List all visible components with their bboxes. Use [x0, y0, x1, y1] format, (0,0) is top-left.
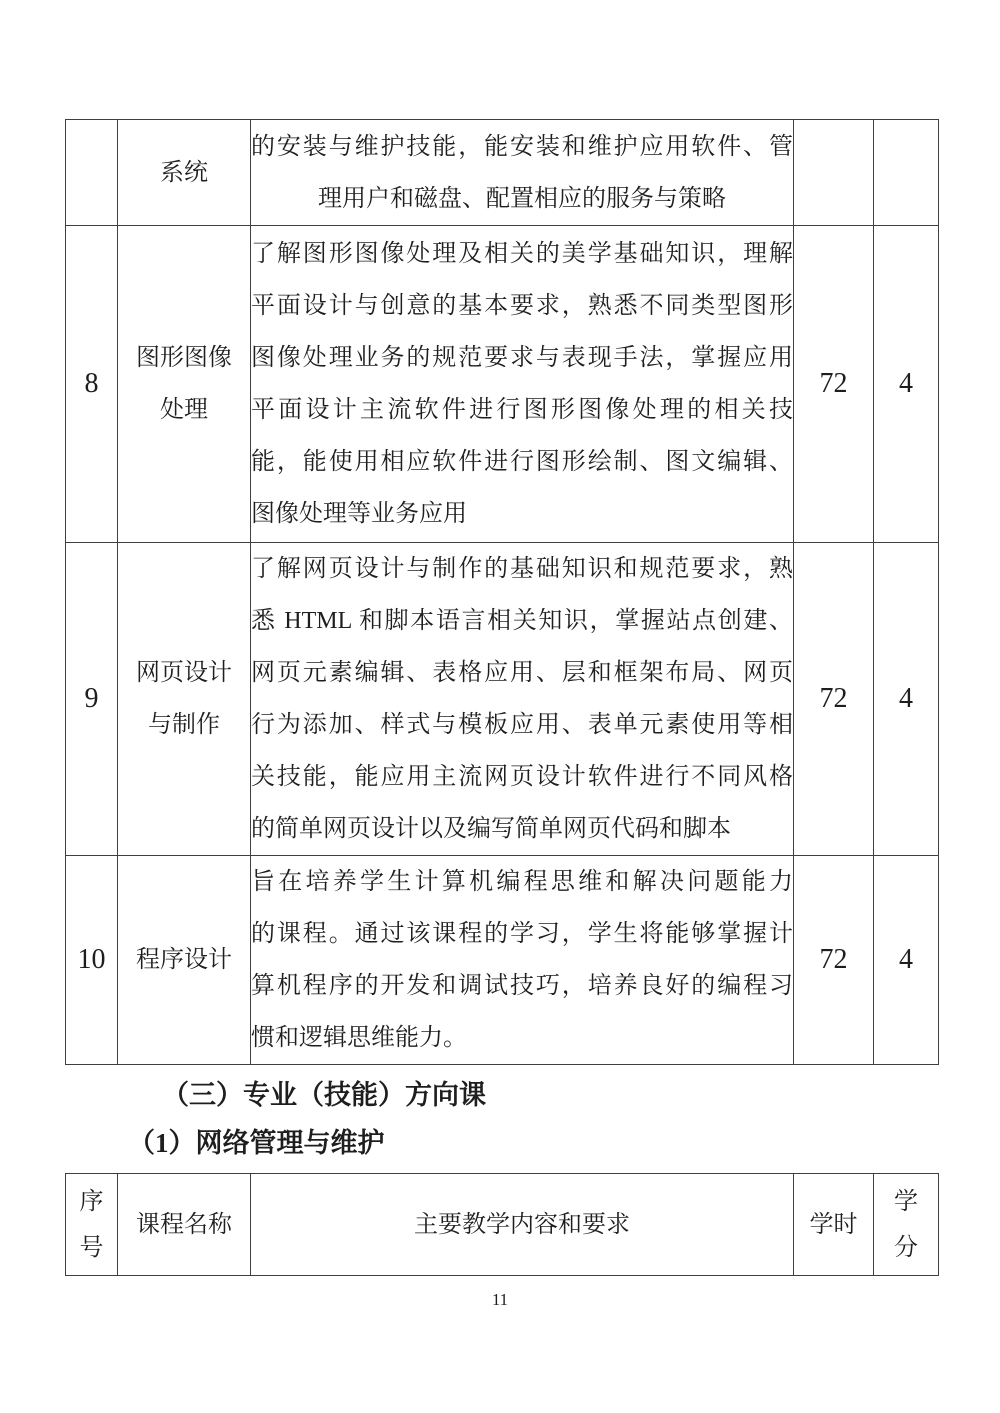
- cell-hours: [794, 120, 874, 226]
- document-page: 系统 的安装与维护技能，能安装和维护应用软件、管 理用户和磁盘、配置相应的服务与…: [0, 0, 1000, 1413]
- content-line: 算机程序的开发和调试技巧，培养良好的编程习: [251, 960, 793, 1012]
- header-no-text: 序: [66, 1179, 117, 1225]
- cell-course-name: 系统: [118, 120, 251, 226]
- content-line: 平面设计与创意的基本要求，熟悉不同类型图形: [251, 280, 793, 332]
- header-hours-text: 学时: [794, 1202, 873, 1248]
- content-line: 的简单网页设计以及编写简单网页代码和脚本: [251, 803, 793, 855]
- course-name-text: 图形图像: [118, 332, 250, 384]
- content-line: 理用户和磁盘、配置相应的服务与策略: [251, 173, 793, 225]
- cell-content: 的安装与维护技能，能安装和维护应用软件、管 理用户和磁盘、配置相应的服务与策略: [251, 120, 794, 226]
- table-row: 8 图形图像 处理 了解图形图像处理及相关的美学基础知识，理解 平面设计与创意的…: [66, 226, 939, 543]
- content-line: 平面设计主流软件进行图形图像处理的相关技: [251, 384, 793, 436]
- cell-course-name: 程序设计: [118, 856, 251, 1065]
- content-line: 网页元素编辑、表格应用、层和框架布局、网页: [251, 647, 793, 699]
- section-heading: （三）专业（技能）方向课: [162, 1078, 486, 1112]
- cell-hours: 72: [794, 226, 874, 543]
- content-line: 的安装与维护技能，能安装和维护应用软件、管: [251, 121, 793, 173]
- course-table-continued: 系统 的安装与维护技能，能安装和维护应用软件、管 理用户和磁盘、配置相应的服务与…: [65, 119, 939, 1065]
- content-line: 能，能使用相应软件进行图形绘制、图文编辑、: [251, 436, 793, 488]
- header-cell-credits: 学 分: [874, 1174, 939, 1276]
- page-number: 11: [0, 1290, 1000, 1310]
- cell-hours: 72: [794, 543, 874, 856]
- content-line: 了解网页设计与制作的基础知识和规范要求，熟: [251, 543, 793, 595]
- content-line: 图像处理业务的规范要求与表现手法，掌握应用: [251, 332, 793, 384]
- cell-course-name: 图形图像 处理: [118, 226, 251, 543]
- header-no-text: 号: [66, 1225, 117, 1271]
- content-line: 悉 HTML 和脚本语言相关知识，掌握站点创建、: [251, 595, 793, 647]
- content-line: 惯和逻辑思维能力。: [251, 1012, 793, 1064]
- cell-no: [66, 120, 118, 226]
- subsection-heading: （1）网络管理与维护: [128, 1126, 385, 1160]
- course-name-text: 系统: [118, 147, 250, 199]
- content-line: 了解图形图像处理及相关的美学基础知识，理解: [251, 228, 793, 280]
- course-name-text: 处理: [118, 384, 250, 436]
- content-line: 关技能，能应用主流网页设计软件进行不同风格: [251, 751, 793, 803]
- header-cell-hours: 学时: [794, 1174, 874, 1276]
- header-cell-course-name: 课程名称: [118, 1174, 251, 1276]
- header-content-text: 主要教学内容和要求: [251, 1202, 793, 1248]
- header-credits-text: 分: [874, 1225, 938, 1271]
- content-line: 旨在培养学生计算机编程思维和解决问题能力: [251, 856, 793, 908]
- cell-credits: [874, 120, 939, 226]
- cell-credits: 4: [874, 856, 939, 1065]
- cell-no: 8: [66, 226, 118, 543]
- table-row: 10 程序设计 旨在培养学生计算机编程思维和解决问题能力 的课程。通过该课程的学…: [66, 856, 939, 1065]
- cell-no: 9: [66, 543, 118, 856]
- content-line: 的课程。通过该课程的学习，学生将能够掌握计: [251, 908, 793, 960]
- content-line: 行为添加、样式与模板应用、表单元素使用等相: [251, 699, 793, 751]
- cell-no: 10: [66, 856, 118, 1065]
- cell-content: 了解图形图像处理及相关的美学基础知识，理解 平面设计与创意的基本要求，熟悉不同类…: [251, 226, 794, 543]
- header-cell-no: 序 号: [66, 1174, 118, 1276]
- cell-course-name: 网页设计 与制作: [118, 543, 251, 856]
- table-row: 9 网页设计 与制作 了解网页设计与制作的基础知识和规范要求，熟 悉 HTML …: [66, 543, 939, 856]
- course-name-text: 与制作: [118, 699, 250, 751]
- course-name-text: 程序设计: [118, 934, 250, 986]
- header-cell-content: 主要教学内容和要求: [251, 1174, 794, 1276]
- cell-content: 了解网页设计与制作的基础知识和规范要求，熟 悉 HTML 和脚本语言相关知识，掌…: [251, 543, 794, 856]
- table-row: 系统 的安装与维护技能，能安装和维护应用软件、管 理用户和磁盘、配置相应的服务与…: [66, 120, 939, 226]
- header-credits-text: 学: [874, 1179, 938, 1225]
- direction-course-table: 序 号 课程名称 主要教学内容和要求 学时 学 分: [65, 1173, 939, 1276]
- cell-content: 旨在培养学生计算机编程思维和解决问题能力 的课程。通过该课程的学习，学生将能够掌…: [251, 856, 794, 1065]
- cell-hours: 72: [794, 856, 874, 1065]
- course-name-text: 网页设计: [118, 647, 250, 699]
- header-course-name-text: 课程名称: [118, 1202, 250, 1248]
- table-header-row: 序 号 课程名称 主要教学内容和要求 学时 学 分: [66, 1174, 939, 1276]
- cell-credits: 4: [874, 543, 939, 856]
- content-line: 图像处理等业务应用: [251, 488, 793, 540]
- cell-credits: 4: [874, 226, 939, 543]
